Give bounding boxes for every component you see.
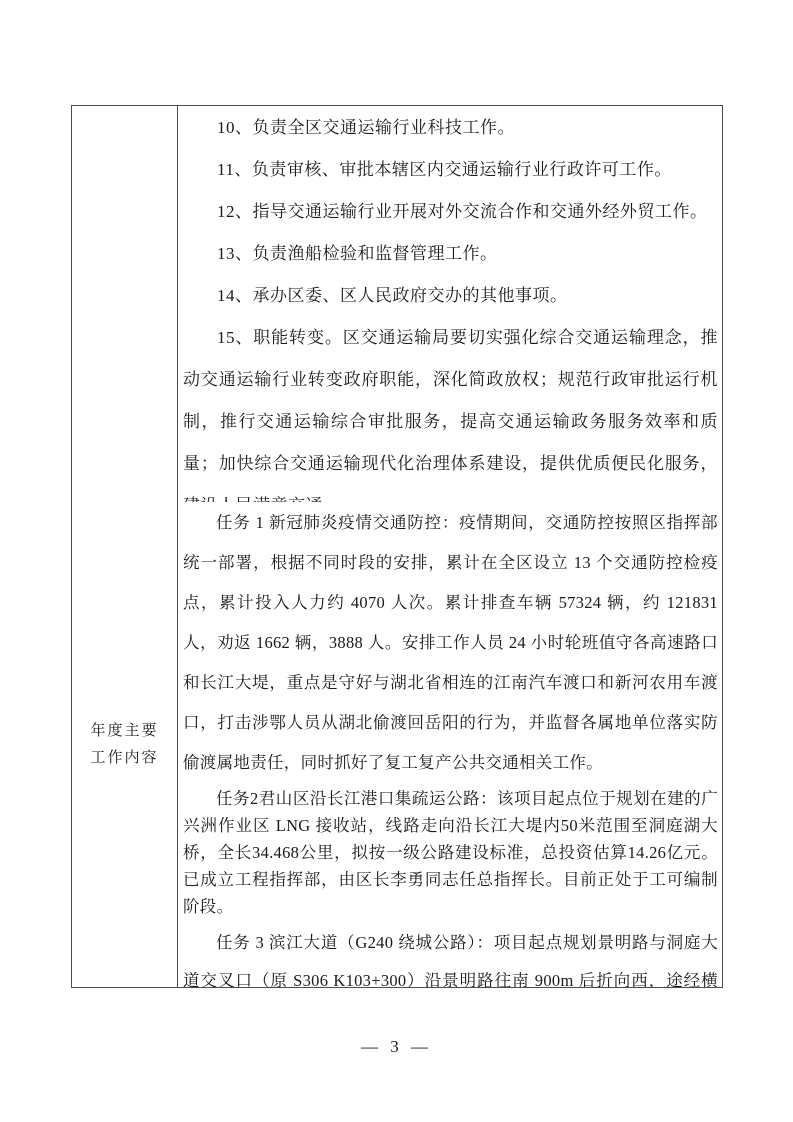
content-table: 10、负责全区交通运输行业科技工作。 11、负责审核、审批本辖区内交通运输行业行… (71, 105, 723, 988)
page-number: — 3 — (0, 1037, 793, 1057)
annual-work-label-line2: 工作内容 (90, 745, 158, 772)
duty-item-13: 13、负责渔船检验和监督管理工作。 (183, 233, 718, 275)
annual-work-content-cell: 任务 1 新冠肺炎疫情交通防控：疫情期间，交通防控按照区指挥部统一部署，根据不同… (178, 502, 722, 987)
duty-item-15: 15、职能转变。区交通运输局要切实强化综合交通运输理念，推动交通运输行业转变政府… (183, 317, 718, 502)
annual-work-label-cell: 年度主要 工作内容 (72, 502, 178, 987)
task-paragraph-1: 任务 1 新冠肺炎疫情交通防控：疫情期间，交通防控按照区指挥部统一部署，根据不同… (183, 503, 718, 783)
duties-content-cell: 10、负责全区交通运输行业科技工作。 11、负责审核、审批本辖区内交通运输行业行… (178, 106, 722, 502)
annual-work-label-line1: 年度主要 (90, 718, 158, 745)
task-paragraph-3: 任务 3 滨江大道（G240 绕城公路）：项目起点规划景明路与洞庭大道交叉口（原… (183, 924, 718, 987)
duty-item-14: 14、承办区委、区人民政府交办的其他事项。 (183, 275, 718, 317)
task-paragraph-2: 任务2君山区沿长江港口集疏运公路：该项目起点位于规划在建的广兴洲作业区 LNG … (183, 785, 718, 920)
duty-item-11: 11、负责审核、审批本辖区内交通运输行业行政许可工作。 (183, 149, 718, 191)
duty-item-10: 10、负责全区交通运输行业科技工作。 (183, 107, 718, 149)
duties-row-label-cell (72, 106, 178, 502)
duty-item-12: 12、指导交通运输行业开展对外交流合作和交通外经外贸工作。 (183, 191, 718, 233)
